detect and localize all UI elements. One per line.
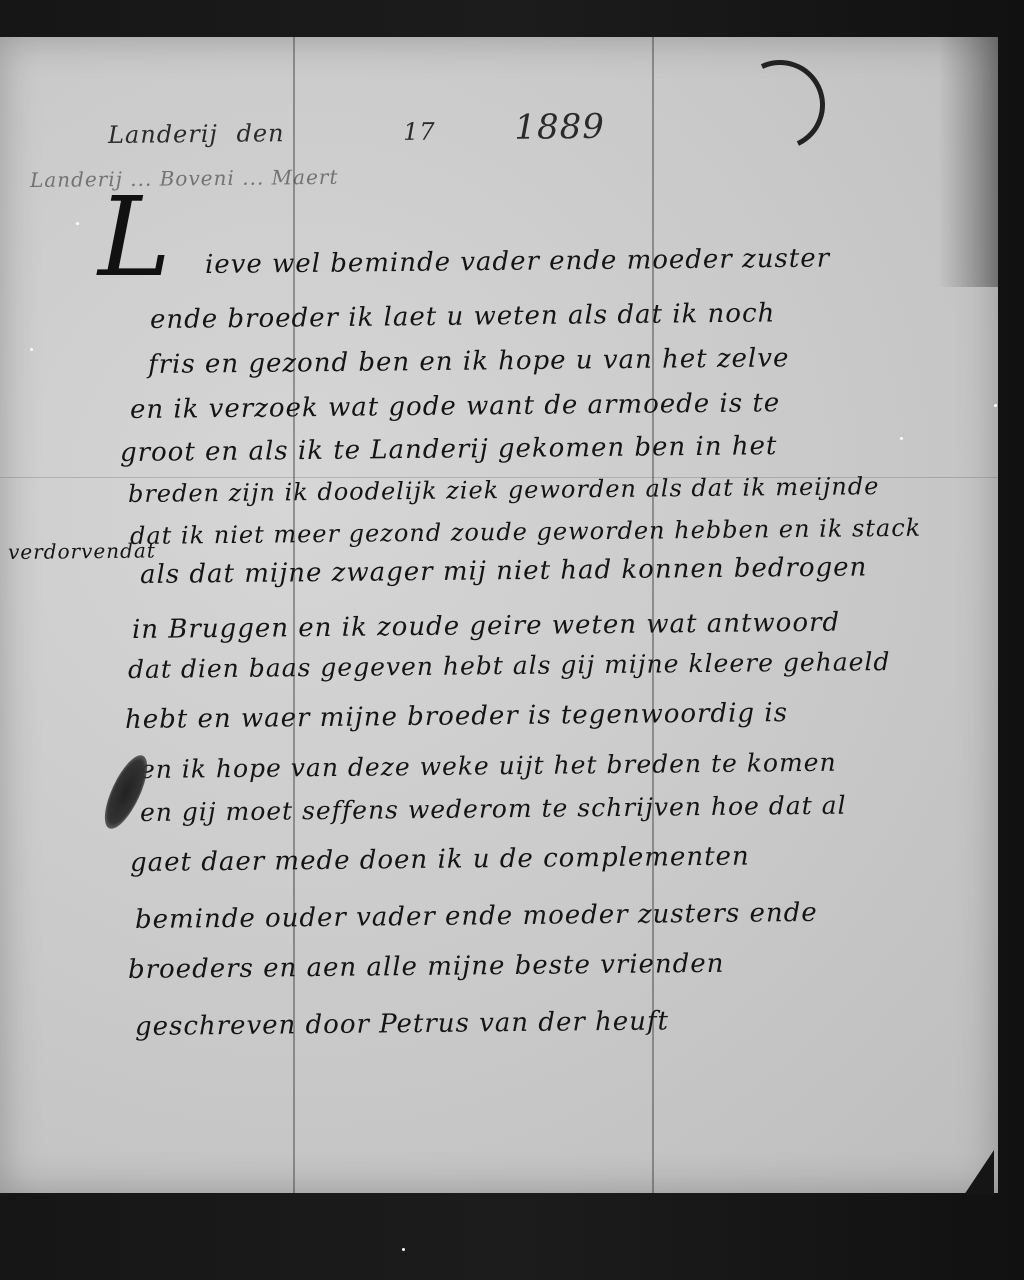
header-place: Landerij — [108, 120, 218, 149]
letter-line: broeders en aen alle mijne beste vriende… — [128, 949, 725, 985]
dust-speck — [76, 222, 79, 225]
header-faint-line: Landerij ... Boveni ... Maert — [30, 165, 339, 192]
letter-signature-line: geschreven door Petrus van der heuft — [135, 1006, 669, 1042]
margin-note: verdorvendat — [8, 538, 156, 564]
letter-header: Landerij den 17 1889 — [108, 107, 605, 152]
header-date-word: den — [236, 119, 284, 148]
dust-speck — [900, 437, 903, 440]
dust-speck — [30, 348, 33, 351]
header-year: 1889 — [514, 107, 605, 148]
decorative-initial: L — [98, 182, 171, 292]
header-day: 17 — [403, 118, 436, 146]
dust-speck — [402, 1248, 405, 1251]
dust-speck — [994, 404, 997, 407]
